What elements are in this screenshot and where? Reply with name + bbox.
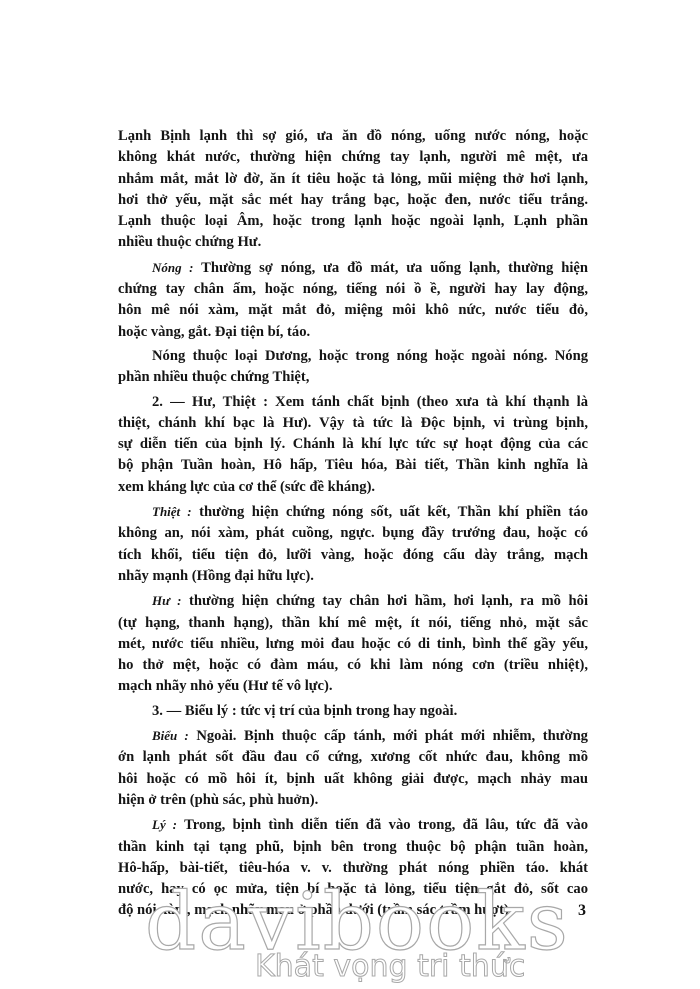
text-line: hiện ở trên (phù sác, phù huởn).: [118, 790, 588, 811]
text-line: hơi thở yếu, mặt sắc mét hay trắng bạc, …: [118, 190, 588, 211]
text-line: (tự hạng, thanh hạng), thần khí mê mệt, …: [118, 613, 588, 634]
text-fragment: Ngoài. Bịnh thuộc cấp tánh, mới phát mới…: [189, 728, 588, 744]
text-line: mạch nhãy nhỏ yếu (Hư tế vô lực).: [118, 676, 588, 697]
text-line: hôn mê nói xàm, mặt mắt đỏ, miệng môi kh…: [118, 300, 588, 321]
text-line: Lạnh Bịnh lạnh thì sợ gió, ưa ăn đồ nóng…: [118, 126, 588, 147]
paragraph-hu: Hư : thường hiện chứng tay chân hơi hầm,…: [118, 590, 588, 697]
section-2-hu-thiet: 2. — Hư, Thiệt : Xem tánh chất bịnh (the…: [118, 392, 588, 498]
term-label: Lý :: [152, 817, 177, 832]
text-line: thần kinh tại tạng phũ, bịnh bên trong t…: [118, 837, 588, 858]
text-line: Thiệt : thường hiện chứng nóng sốt, uất …: [118, 501, 588, 523]
text-line: Lý : Trong, bịnh tình diễn tiến đã vào t…: [118, 814, 588, 836]
text-line: 3. — Biểu lý : tức vị trí của bịnh trong…: [118, 701, 588, 722]
text-line: không khát nước, thường hiện chứng tay l…: [118, 147, 588, 168]
text-line: thiệt, chánh khí bạc là Hư). Vậy tà tức …: [118, 413, 588, 434]
text-line: nhãy mạnh (Hồng đại hữu lực).: [118, 566, 588, 587]
watermark-tagline: Khát vọng tri thức: [255, 950, 555, 984]
section-3-bieu-ly: 3. — Biểu lý : tức vị trí của bịnh trong…: [118, 701, 588, 722]
text-line: hôi hoặc có mồ hôi ít, bịnh uất không gi…: [118, 769, 588, 790]
text-line: mét, nước tiểu nhiều, lưng mỏi đau hoặc …: [118, 634, 588, 655]
text-fragment: Trong, bịnh tình diễn tiến đã vào trong,…: [177, 817, 588, 833]
text-line: 2. — Hư, Thiệt : Xem tánh chất bịnh (the…: [118, 392, 588, 413]
text-line: Biểu : Ngoài. Bịnh thuộc cấp tánh, mới p…: [118, 725, 588, 747]
text-fragment: Thường sợ nóng, ưa đồ mát, ưa uống lạnh,…: [193, 260, 588, 276]
term-label: Nóng :: [152, 260, 193, 275]
text-line: không an, nói xàm, phát cuồng, ngực. bụn…: [118, 523, 588, 544]
text-line: sự diễn tiến của bịnh lý. Chánh là khí l…: [118, 434, 588, 455]
text-line: Nóng thuộc loại Dương, hoặc trong nóng h…: [118, 346, 588, 367]
text-line: Hư : thường hiện chứng tay chân hơi hầm,…: [118, 590, 588, 612]
term-label: Hư :: [152, 593, 181, 608]
text-line: ho thở mệt, hoặc có đàm máu, có khi làm …: [118, 655, 588, 676]
paragraph-nong: Nóng : Thường sợ nóng, ưa đồ mát, ưa uốn…: [118, 257, 588, 343]
paragraph-lanh: Lạnh Bịnh lạnh thì sợ gió, ưa ăn đồ nóng…: [118, 126, 588, 254]
text-line: tích khối, tiểu tiện đỏ, lưỡi vàng, hoặc…: [118, 545, 588, 566]
text-line: nhắm mắt, mắt lờ đờ, ăn ít tiêu hoặc tả …: [118, 169, 588, 190]
paragraph-thiet: Thiệt : thường hiện chứng nóng sốt, uất …: [118, 501, 588, 587]
term-label: Thiệt :: [152, 504, 192, 519]
text-line: chứng tay chân ấm, hoặc nóng, tiếng nói …: [118, 279, 588, 300]
text-fragment: thường hiện chứng nóng sốt, uất kết, Thầ…: [192, 504, 588, 520]
paragraph-bieu: Biểu : Ngoài. Bịnh thuộc cấp tánh, mới p…: [118, 725, 588, 811]
term-label: Biểu :: [152, 728, 189, 743]
text-line: Lạnh thuộc loại Âm, hoặc trong lạnh hoặc…: [118, 211, 588, 232]
text-line: bộ phận Tuần hoàn, Hô hấp, Tiêu hóa, Bài…: [118, 455, 588, 476]
text-line: xem kháng lực của cơ thể (sức đề kháng).: [118, 477, 588, 498]
body-text: Lạnh Bịnh lạnh thì sợ gió, ưa ăn đồ nóng…: [118, 126, 588, 922]
text-fragment: thường hiện chứng tay chân hơi hầm, hơi …: [181, 593, 588, 609]
text-line: Nóng : Thường sợ nóng, ưa đồ mát, ưa uốn…: [118, 257, 588, 279]
book-page: Lạnh Bịnh lạnh thì sợ gió, ưa ăn đồ nóng…: [0, 0, 700, 989]
page-number: 3: [578, 902, 586, 920]
text-line: phần nhiều thuộc chứng Thiệt,: [118, 367, 588, 388]
paragraph-nong-summary: Nóng thuộc loại Dương, hoặc trong nóng h…: [118, 346, 588, 389]
text-line: hoặc vàng, gắt. Đại tiện bí, táo.: [118, 322, 588, 343]
text-line: nhiều thuộc chứng Hư.: [118, 232, 588, 253]
text-line: ớn lạnh phát sốt đầu đau cổ cứng, xương …: [118, 747, 588, 768]
